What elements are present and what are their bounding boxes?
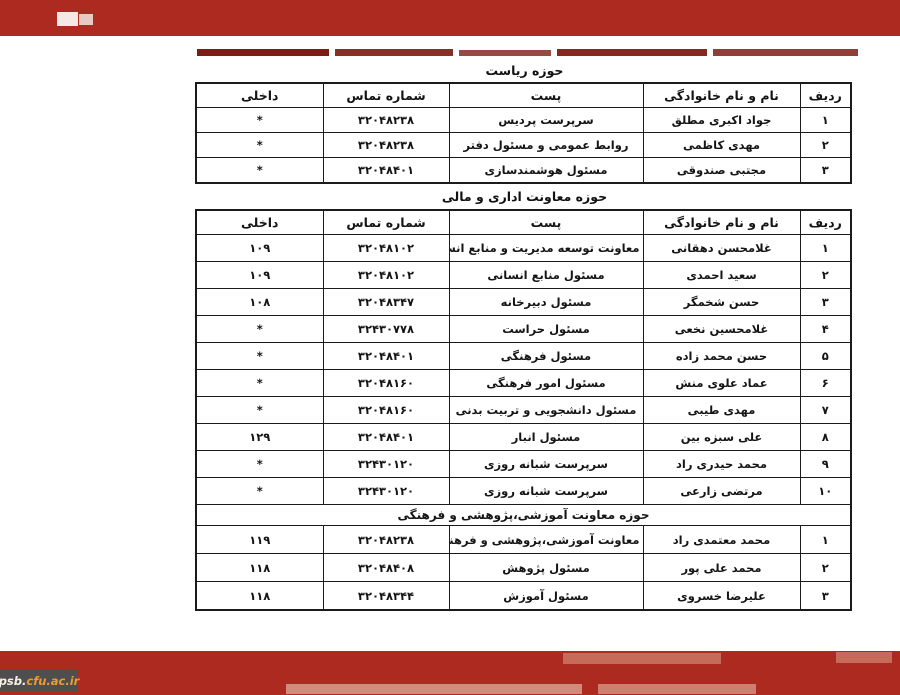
table-row: ۲ مهدی کاظمی روابط عمومی و مسئول دفتر ۳۲… — [196, 133, 851, 158]
cell-phone: ۳۲۰۴۸۲۳۸ — [323, 526, 449, 554]
cell-post: سرپرست شبانه روزی — [449, 451, 643, 478]
cell-phone: ۳۲۰۴۸۴۰۱ — [323, 424, 449, 451]
cell-row-number: ۸ — [800, 424, 851, 451]
cell-name: مجتبی صندوقی — [643, 158, 800, 184]
section-title-row: حوزه معاونت آموزشی،پژوهشی و فرهنگی — [196, 505, 851, 526]
cell-ext: * — [196, 478, 323, 505]
table-row: ۴ غلامحسین نخعی مسئول حراست ۳۲۴۳۰۷۷۸ * — [196, 316, 851, 343]
cell-name: غلامحسین نخعی — [643, 316, 800, 343]
cell-post: مسئول حراست — [449, 316, 643, 343]
scan-artifact-patch — [563, 653, 721, 664]
cell-post: سرپرست شبانه روزی — [449, 478, 643, 505]
cell-row-number: ۶ — [800, 370, 851, 397]
cell-phone: ۳۲۰۴۸۳۴۴ — [323, 582, 449, 611]
cell-ext: * — [196, 108, 323, 133]
scan-artifact-streak — [713, 49, 858, 56]
scan-artifact-patch — [598, 684, 756, 694]
cell-row-number: ۱ — [800, 108, 851, 133]
col-header-ext: داخلی — [196, 83, 323, 108]
cell-phone: ۳۲۰۴۸۱۶۰ — [323, 397, 449, 424]
cell-row-number: ۱ — [800, 526, 851, 554]
table-row: ۶ عماد علوی منش مسئول امور فرهنگی ۳۲۰۴۸۱… — [196, 370, 851, 397]
cell-post: مسئول هوشمندسازی — [449, 158, 643, 184]
cell-name: محمد علی پور — [643, 554, 800, 582]
cell-post: معاونت توسعه مدیریت و منابع انسانی — [449, 235, 643, 262]
watermark-prefix: psb. — [0, 674, 26, 688]
cell-row-number: ۴ — [800, 316, 851, 343]
header-row: ردیف نام و نام خانوادگی پست شماره تماس د… — [196, 210, 851, 235]
cell-phone: ۳۲۰۴۸۱۶۰ — [323, 370, 449, 397]
col-header-row-number: ردیف — [800, 83, 851, 108]
watermark-suffix: cfu.ac.ir — [26, 674, 79, 688]
col-header-post: پست — [449, 210, 643, 235]
table-row: ۳ علیرضا خسروی مسئول آموزش ۳۲۰۴۸۳۴۴ ۱۱۸ — [196, 582, 851, 611]
col-header-name: نام و نام خانوادگی — [643, 210, 800, 235]
top-red-band — [0, 0, 900, 36]
col-header-row-number: ردیف — [800, 210, 851, 235]
cell-row-number: ۷ — [800, 397, 851, 424]
cell-post: مسئول فرهنگی — [449, 343, 643, 370]
col-header-phone: شماره تماس — [323, 210, 449, 235]
cell-row-number: ۱ — [800, 235, 851, 262]
cell-phone: ۳۲۰۴۸۱۰۲ — [323, 235, 449, 262]
col-header-phone: شماره تماس — [323, 83, 449, 108]
cell-ext: * — [196, 158, 323, 184]
cell-name: حسن شخمگر — [643, 289, 800, 316]
cell-row-number: ۹ — [800, 451, 851, 478]
watermark-badge: psb.cfu.ac.ir — [0, 670, 78, 691]
table-row: ۲ محمد علی پور مسئول پژوهش ۳۲۰۴۸۴۰۸ ۱۱۸ — [196, 554, 851, 582]
cell-post: مسئول امور فرهنگی — [449, 370, 643, 397]
cell-phone: ۳۲۰۴۸۲۳۸ — [323, 108, 449, 133]
cell-name: محمد معتمدی راد — [643, 526, 800, 554]
cell-row-number: ۲ — [800, 554, 851, 582]
cell-ext: * — [196, 343, 323, 370]
scan-artifact-patch — [286, 684, 582, 694]
cell-post: مسئول انبار — [449, 424, 643, 451]
table-row: ۳ حسن شخمگر مسئول دبیرخانه ۳۲۰۴۸۳۴۷ ۱۰۸ — [196, 289, 851, 316]
cell-ext: ۱۰۹ — [196, 235, 323, 262]
cell-post: مسئول دانشجویی و تربیت بدنی — [449, 397, 643, 424]
table-row: ۵ حسن محمد زاده مسئول فرهنگی ۳۲۰۴۸۴۰۱ * — [196, 343, 851, 370]
scan-artifact-streak — [459, 50, 551, 56]
cell-post: روابط عمومی و مسئول دفتر — [449, 133, 643, 158]
table-row: ۱ جواد اکبری مطلق سرپرست پردیس ۳۲۰۴۸۲۳۸ … — [196, 108, 851, 133]
cell-row-number: ۵ — [800, 343, 851, 370]
cell-phone: ۳۲۰۴۸۳۴۷ — [323, 289, 449, 316]
cell-phone: ۳۲۰۴۸۱۰۲ — [323, 262, 449, 289]
cell-phone: ۳۲۴۳۰۷۷۸ — [323, 316, 449, 343]
cell-phone: ۳۲۰۴۸۴۰۱ — [323, 158, 449, 184]
cell-post: معاونت آموزشی،پژوهشی و فرهنگی — [449, 526, 643, 554]
cell-ext: * — [196, 133, 323, 158]
section-title-amoozeshi: حوزه معاونت آموزشی،پژوهشی و فرهنگی — [196, 505, 851, 526]
cell-phone: ۳۲۰۴۸۲۳۸ — [323, 133, 449, 158]
cell-ext: * — [196, 451, 323, 478]
cell-name: مهدی کاظمی — [643, 133, 800, 158]
cell-post: مسئول آموزش — [449, 582, 643, 611]
contacts-table-edari-amoozeshi: ردیف نام و نام خانوادگی پست شماره تماس د… — [195, 209, 852, 611]
cell-name: حسن محمد زاده — [643, 343, 800, 370]
table-row: ۱ غلامحسن دهقانی معاونت توسعه مدیریت و م… — [196, 235, 851, 262]
cell-ext: ۱۱۹ — [196, 526, 323, 554]
col-header-post: پست — [449, 83, 643, 108]
cell-name: علیرضا خسروی — [643, 582, 800, 611]
scan-artifact-patch — [79, 14, 93, 25]
cell-name: مهدی طیبی — [643, 397, 800, 424]
cell-phone: ۳۲۰۴۸۴۰۱ — [323, 343, 449, 370]
table-row: ۱۰ مرتضی زارعی سرپرست شبانه روزی ۳۲۴۳۰۱۲… — [196, 478, 851, 505]
table-row: ۸ علی سبزه بین مسئول انبار ۳۲۰۴۸۴۰۱ ۱۲۹ — [196, 424, 851, 451]
scan-artifact-streak — [335, 49, 453, 56]
cell-row-number: ۳ — [800, 289, 851, 316]
cell-ext: ۱۱۸ — [196, 554, 323, 582]
scan-artifact-patch — [836, 652, 892, 663]
cell-name: علی سبزه بین — [643, 424, 800, 451]
table-row: ۲ سعید احمدی مسئول منابع انسانی ۳۲۰۴۸۱۰۲… — [196, 262, 851, 289]
cell-name: غلامحسن دهقانی — [643, 235, 800, 262]
table-row: ۳ مجتبی صندوقی مسئول هوشمندسازی ۳۲۰۴۸۴۰۱… — [196, 158, 851, 184]
cell-ext: ۱۰۸ — [196, 289, 323, 316]
scan-artifact-patch — [57, 12, 78, 26]
scan-artifact-streak — [557, 49, 707, 56]
cell-ext: * — [196, 316, 323, 343]
cell-name: جواد اکبری مطلق — [643, 108, 800, 133]
contact-directory-page: حوزه ریاست ردیف نام و نام خانوادگی پست ش… — [197, 62, 852, 611]
cell-name: عماد علوی منش — [643, 370, 800, 397]
cell-phone: ۳۲۴۳۰۱۲۰ — [323, 451, 449, 478]
cell-ext: * — [196, 370, 323, 397]
cell-row-number: ۳ — [800, 158, 851, 184]
table-row: ۹ محمد حیدری راد سرپرست شبانه روزی ۳۲۴۳۰… — [196, 451, 851, 478]
cell-phone: ۳۲۴۳۰۱۲۰ — [323, 478, 449, 505]
section-title-riyasat: حوزه ریاست — [197, 62, 852, 80]
cell-post: مسئول پژوهش — [449, 554, 643, 582]
cell-phone: ۳۲۰۴۸۴۰۸ — [323, 554, 449, 582]
cell-row-number: ۳ — [800, 582, 851, 611]
scan-artifact-streak — [197, 49, 329, 56]
col-header-ext: داخلی — [196, 210, 323, 235]
cell-name: محمد حیدری راد — [643, 451, 800, 478]
cell-post: سرپرست پردیس — [449, 108, 643, 133]
cell-ext: ۱۱۸ — [196, 582, 323, 611]
cell-post: مسئول دبیرخانه — [449, 289, 643, 316]
cell-row-number: ۲ — [800, 262, 851, 289]
contacts-table-riyasat: ردیف نام و نام خانوادگی پست شماره تماس د… — [195, 82, 852, 184]
cell-name: سعید احمدی — [643, 262, 800, 289]
col-header-name: نام و نام خانوادگی — [643, 83, 800, 108]
cell-name: مرتضی زارعی — [643, 478, 800, 505]
cell-row-number: ۱۰ — [800, 478, 851, 505]
cell-ext: * — [196, 397, 323, 424]
header-row: ردیف نام و نام خانوادگی پست شماره تماس د… — [196, 83, 851, 108]
table-row: ۱ محمد معتمدی راد معاونت آموزشی،پژوهشی و… — [196, 526, 851, 554]
table-row: ۷ مهدی طیبی مسئول دانشجویی و تربیت بدنی … — [196, 397, 851, 424]
cell-post: مسئول منابع انسانی — [449, 262, 643, 289]
cell-ext: ۱۲۹ — [196, 424, 323, 451]
cell-ext: ۱۰۹ — [196, 262, 323, 289]
cell-row-number: ۲ — [800, 133, 851, 158]
section-title-edari-mali: حوزه معاونت اداری و مالی — [197, 188, 852, 206]
